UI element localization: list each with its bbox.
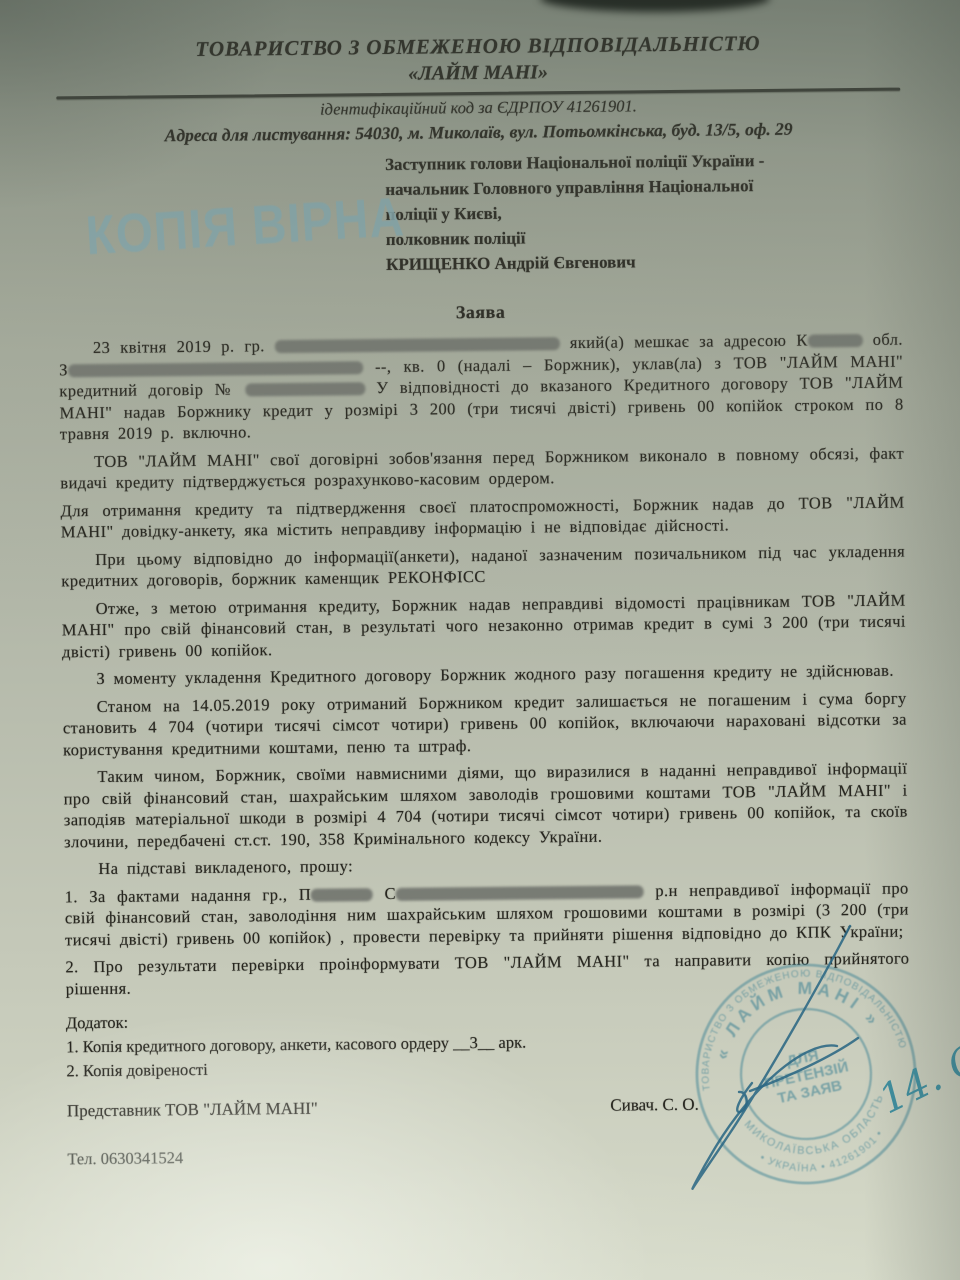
paragraph: Таким чином, Боржник, своїми навмисними … [63,758,908,853]
company-short-name: «ЛАЙМ МАНІ» [56,58,900,90]
representative-label: Представник ТОВ "ЛАЙМ МАНІ" [67,1099,318,1122]
paragraph: Станом на 14.05.2019 року отриманий Борж… [63,687,908,760]
paragraph: При цьому відповідно до інформації(анкет… [61,540,905,592]
document-title: Заява [58,298,902,328]
redaction-bar [68,361,363,377]
redaction-bar [311,888,373,902]
redaction-bar [808,334,863,348]
mailing-address-line: Адреса для листування: 54030, м. Миколаї… [57,118,901,148]
recipient-block: Заступник голови Національної поліції Ук… [385,147,858,277]
paragraph: Отже, з метою отримання кредиту, Боржник… [62,589,907,662]
photo-of-document: { "letterhead": { "company_line1": "ТОВА… [0,0,960,1280]
redaction-bar [275,337,560,353]
paragraph: Для отримання кредиту та підтвердження с… [61,491,905,543]
paragraph: На підставі викладеного, прошу: [64,850,908,880]
signature-ink [600,898,880,1210]
redaction-bar [245,382,365,396]
paragraph: З моменту укладення Кредитного договору … [62,660,906,690]
recipient-name-line: КРИЩЕНКО Андрій Євгенович [386,247,858,277]
paragraph: ТОВ "ЛАЙМ МАНІ" свої договірні зобов'яза… [60,442,904,494]
paragraph: 23 квітня 2019 р. гр. який(а) мешкає за … [59,329,904,445]
